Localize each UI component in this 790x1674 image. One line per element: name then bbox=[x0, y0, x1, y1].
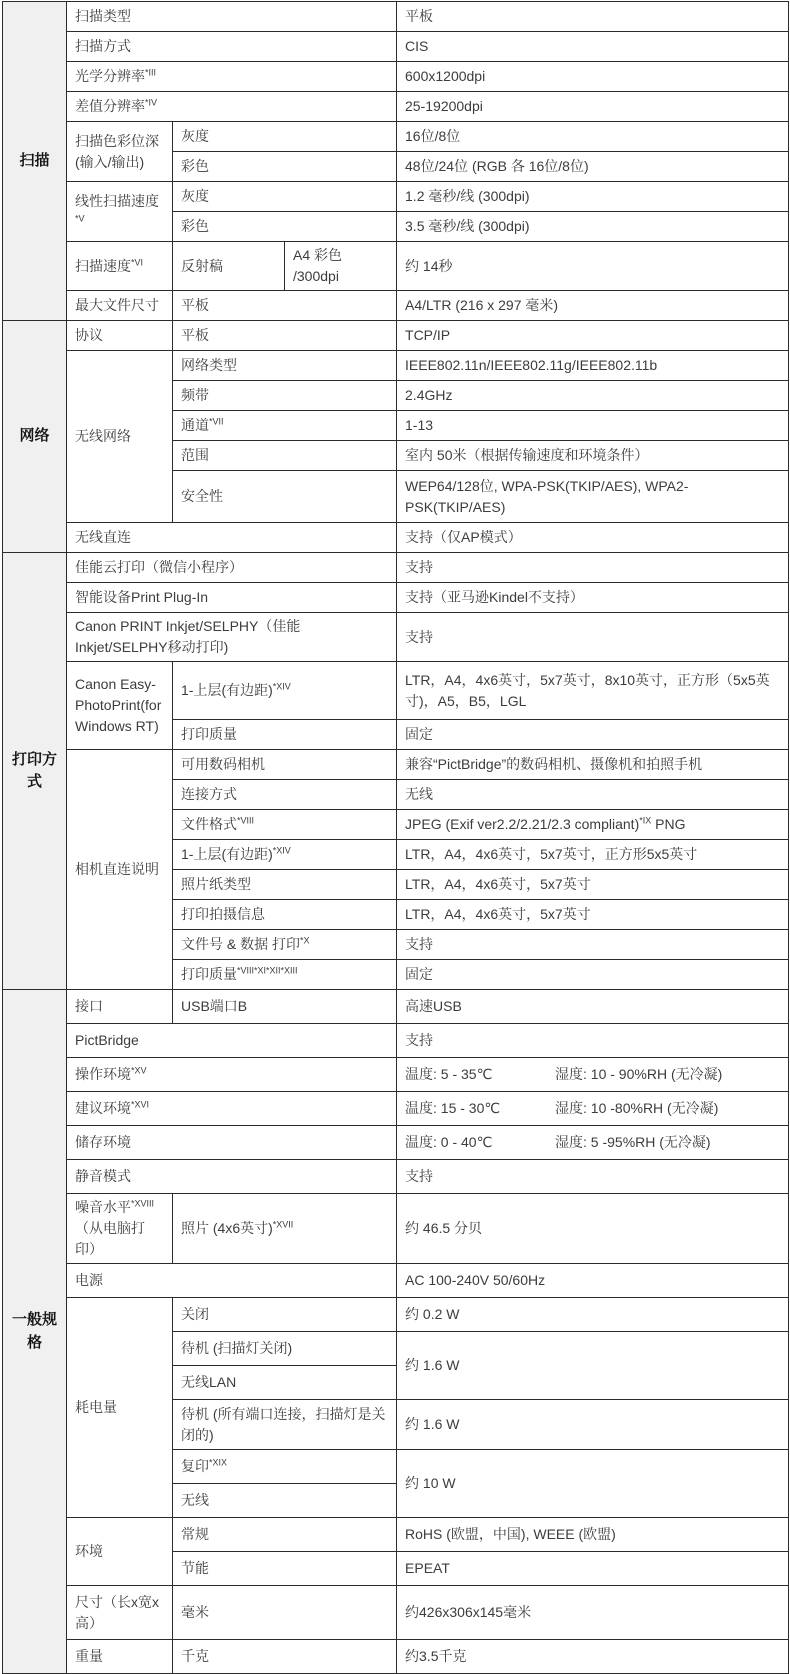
spec-text: 尺寸（长x宽x高） bbox=[75, 1594, 159, 1631]
spec-text: 无线 bbox=[405, 786, 433, 802]
spec-text: 高速USB bbox=[405, 998, 462, 1014]
spec-sublabel: 关闭 bbox=[173, 1298, 397, 1332]
spec-sublabel: 照片纸类型 bbox=[173, 870, 397, 900]
spec-value: 支持 bbox=[397, 613, 789, 662]
spec-text: LTR，A4，4x6英寸，5x7英寸，8x10英寸，正方形（5x5英寸)，A5，… bbox=[405, 672, 770, 709]
spec-value: TCP/IP bbox=[397, 321, 789, 351]
spec-text: 温度: 5 - 35℃ bbox=[405, 1064, 555, 1085]
spec-text: 温度: 0 - 40℃ bbox=[405, 1132, 555, 1153]
spec-text: 彩色 bbox=[181, 158, 209, 174]
spec-text: 1-上层(有边距) bbox=[181, 682, 273, 698]
spec-text: LTR，A4，4x6英寸，5x7英寸 bbox=[405, 876, 591, 892]
spec-text: 温度: 15 - 30℃ bbox=[405, 1098, 555, 1119]
spec-sublabel: 平板 bbox=[173, 291, 397, 321]
spec-text: 打印质量 bbox=[181, 726, 237, 742]
spec-value: 平板 bbox=[397, 2, 789, 32]
footnote-marker: *XVII bbox=[273, 1219, 294, 1229]
spec-label: 扫描方式 bbox=[67, 32, 397, 62]
spec-text: 约 14秒 bbox=[405, 258, 452, 274]
spec-sublabel: 灰度 bbox=[173, 182, 397, 212]
spec-text: 约 1.6 W bbox=[405, 1416, 459, 1432]
spec-text: 2.4GHz bbox=[405, 387, 452, 403]
spec-text: 操作环境 bbox=[75, 1066, 131, 1082]
spec-value: WEP64/128位, WPA-PSK(TKIP/AES), WPA2-PSK(… bbox=[397, 471, 789, 523]
spec-value: EPEAT bbox=[397, 1552, 789, 1586]
footnote-marker: *VI bbox=[131, 257, 143, 267]
table-row: 储存环境 温度: 0 - 40℃湿度: 5 -95%RH (无冷凝) bbox=[3, 1126, 789, 1160]
spec-value: LTR，A4，4x6英寸，5x7英寸 bbox=[397, 900, 789, 930]
spec-text: 线性扫描速度 bbox=[75, 193, 159, 209]
spec-text: IEEE802.11n/IEEE802.11g/IEEE802.11b bbox=[405, 357, 657, 373]
table-row: 操作环境*XV 温度: 5 - 35℃湿度: 10 - 90%RH (无冷凝) bbox=[3, 1058, 789, 1092]
spec-sublabel: 范围 bbox=[173, 441, 397, 471]
table-row: 耗电量 关闭 约 0.2 W bbox=[3, 1298, 789, 1332]
spec-text: RoHS (欧盟，中国), WEEE (欧盟) bbox=[405, 1526, 616, 1542]
spec-label: Canon Easy-PhotoPrint(for Windows RT) bbox=[67, 662, 173, 750]
spec-text: 耗电量 bbox=[75, 1399, 117, 1415]
spec-value: IEEE802.11n/IEEE802.11g/IEEE802.11b bbox=[397, 351, 789, 381]
spec-text: A4 彩色 bbox=[293, 247, 342, 263]
spec-text: 打印拍摄信息 bbox=[181, 906, 265, 922]
spec-label: 扫描速度*VI bbox=[67, 242, 173, 291]
spec-text: 无线LAN bbox=[181, 1374, 236, 1390]
spec-text: 无线直连 bbox=[75, 529, 131, 545]
spec-text: 支持 bbox=[405, 1032, 433, 1048]
spec-sublabel: 无线 bbox=[173, 1484, 397, 1518]
spec-text: 文件格式 bbox=[181, 816, 237, 832]
spec-text: 照片 (4x6英寸) bbox=[181, 1220, 273, 1236]
spec-text: 文件号 & 数据 打印 bbox=[181, 936, 300, 952]
spec-text: 灰度 bbox=[181, 188, 209, 204]
spec-text: 湿度: 10 -80%RH (无冷凝) bbox=[555, 1100, 718, 1116]
spec-value: 温度: 15 - 30℃湿度: 10 -80%RH (无冷凝) bbox=[397, 1092, 789, 1126]
spec-text: A4/LTR (216 x 297 毫米) bbox=[405, 297, 558, 313]
spec-text: 毫米 bbox=[181, 1604, 209, 1620]
spec-text: 约 46.5 分贝 bbox=[405, 1220, 482, 1236]
spec-text: 室内 50米（根据传输速度和环境条件） bbox=[405, 447, 648, 463]
spec-sublabel: 节能 bbox=[173, 1552, 397, 1586]
spec-sublabel: 1-上层(有边距)*XIV bbox=[173, 840, 397, 870]
spec-value: 25-19200dpi bbox=[397, 92, 789, 122]
spec-value: 兼容“PictBridge”的数码相机、摄像机和拍照手机 bbox=[397, 750, 789, 780]
spec-text: 扫描速度 bbox=[75, 258, 131, 274]
spec-text: LTR，A4，4x6英寸，5x7英寸 bbox=[405, 906, 591, 922]
spec-sublabel: 安全性 bbox=[173, 471, 397, 523]
spec-sublabel: 文件格式*VIII bbox=[173, 810, 397, 840]
spec-text: AC 100-240V 50/60Hz bbox=[405, 1272, 545, 1288]
spec-value: 1.2 毫秒/线 (300dpi) bbox=[397, 182, 789, 212]
spec-value: 约 1.6 W bbox=[397, 1332, 789, 1400]
spec-value: 固定 bbox=[397, 720, 789, 750]
spec-label: 操作环境*XV bbox=[67, 1058, 397, 1092]
spec-text: 照片纸类型 bbox=[181, 876, 251, 892]
spec-label: 佳能云打印（微信小程序） bbox=[67, 553, 397, 583]
spec-value: LTR，A4，4x6英寸，5x7英寸 bbox=[397, 870, 789, 900]
spec-sublabel: 无线LAN bbox=[173, 1366, 397, 1400]
footnote-marker: *V bbox=[75, 213, 85, 223]
footnote-marker: *XVIII bbox=[131, 1198, 154, 1208]
spec-sublabel: 可用数码相机 bbox=[173, 750, 397, 780]
spec-text: 无线 bbox=[181, 1492, 209, 1508]
spec-value: 约 10 W bbox=[397, 1450, 789, 1518]
spec-text: 平板 bbox=[181, 297, 209, 313]
spec-text: 1-上层(有边距) bbox=[181, 846, 273, 862]
table-row: 扫描色彩位深(输入/输出) 灰度 16位/8位 bbox=[3, 122, 789, 152]
spec-text: Canon Easy-PhotoPrint(for Windows RT) bbox=[75, 676, 161, 734]
spec-text: 噪音水平 bbox=[75, 1199, 131, 1215]
spec-text: 支持 bbox=[405, 936, 433, 952]
spec-text: 连接方式 bbox=[181, 786, 237, 802]
spec-text: 无线网络 bbox=[75, 428, 131, 444]
spec-sublabel: 彩色 bbox=[173, 212, 397, 242]
spec-text: 兼容“PictBridge”的数码相机、摄像机和拍照手机 bbox=[405, 756, 702, 772]
spec-text: EPEAT bbox=[405, 1560, 450, 1576]
spec-text: 佳能云打印（微信小程序） bbox=[75, 559, 243, 575]
spec-label: 储存环境 bbox=[67, 1126, 397, 1160]
spec-text: 支持 bbox=[405, 1168, 433, 1184]
spec-text: 16位/8位 bbox=[405, 128, 460, 144]
spec-sublabel: 通道*VII bbox=[173, 411, 397, 441]
spec-value: 约 14秒 bbox=[397, 242, 789, 291]
table-row: 光学分辨率*III 600x1200dpi bbox=[3, 62, 789, 92]
spec-text: 静音模式 bbox=[75, 1168, 131, 1184]
spec-text: 约 10 W bbox=[405, 1475, 456, 1491]
spec-sublabel: 照片 (4x6英寸)*XVII bbox=[173, 1194, 397, 1264]
spec-text: 1-13 bbox=[405, 417, 433, 433]
spec-label: 扫描类型 bbox=[67, 2, 397, 32]
spec-value: LTR，A4，4x6英寸，5x7英寸，正方形5x5英寸 bbox=[397, 840, 789, 870]
table-row: Canon Easy-PhotoPrint(for Windows RT) 1-… bbox=[3, 662, 789, 720]
spec-value: 约3.5千克 bbox=[397, 1640, 789, 1674]
spec-text: 智能设备Print Plug-In bbox=[75, 589, 208, 605]
spec-text: 可用数码相机 bbox=[181, 756, 265, 772]
section-header-general-specs: 一般规格 bbox=[3, 990, 67, 1674]
spec-value: AC 100-240V 50/60Hz bbox=[397, 1264, 789, 1298]
footnote-marker: *XV bbox=[131, 1065, 147, 1075]
table-row: 最大文件尺寸 平板 A4/LTR (216 x 297 毫米) bbox=[3, 291, 789, 321]
spec-sublabel: 常规 bbox=[173, 1518, 397, 1552]
spec-text: 频带 bbox=[181, 387, 209, 403]
table-row: 扫描速度*VI 反射稿 A4 彩色/300dpi 约 14秒 bbox=[3, 242, 789, 291]
footnote-marker: *VIII bbox=[237, 815, 254, 825]
footnote-marker: *X bbox=[300, 935, 310, 945]
spec-label: 环境 bbox=[67, 1518, 173, 1586]
spec-text: 光学分辨率 bbox=[75, 68, 145, 84]
spec-value: LTR，A4，4x6英寸，5x7英寸，8x10英寸，正方形（5x5英寸)，A5，… bbox=[397, 662, 789, 720]
spec-text: 湿度: 5 -95%RH (无冷凝) bbox=[555, 1134, 711, 1150]
spec-text: （从电脑打印） bbox=[75, 1218, 164, 1260]
spec-text: 25-19200dpi bbox=[405, 98, 483, 114]
spec-sublabel: 频带 bbox=[173, 381, 397, 411]
spec-value: 16位/8位 bbox=[397, 122, 789, 152]
spec-label: 噪音水平*XVIII（从电脑打印） bbox=[67, 1194, 173, 1264]
spec-text: 扫描色彩位深 bbox=[75, 133, 159, 149]
table-row: 一般规格 接口 USB端口B 高速USB bbox=[3, 990, 789, 1024]
spec-sublabel: 1-上层(有边距)*XIV bbox=[173, 662, 397, 720]
spec-label: 光学分辨率*III bbox=[67, 62, 397, 92]
spec-text: 安全性 bbox=[181, 488, 223, 504]
spec-label: 扫描色彩位深(输入/输出) bbox=[67, 122, 173, 182]
spec-value: 约426x306x145毫米 bbox=[397, 1586, 789, 1640]
spec-text: 环境 bbox=[75, 1543, 103, 1559]
spec-table: 扫描 扫描类型 平板 扫描方式 CIS 光学分辨率*III 600x1200dp… bbox=[2, 1, 789, 1674]
spec-value: 支持（仅AP模式） bbox=[397, 523, 789, 553]
spec-text: 支持（亚马逊Kindel不支持） bbox=[405, 589, 584, 605]
section-header-network: 网络 bbox=[3, 321, 67, 553]
spec-sublabel: 反射稿 bbox=[173, 242, 285, 291]
spec-text: TCP/IP bbox=[405, 327, 450, 343]
spec-label: 无线网络 bbox=[67, 351, 173, 523]
spec-label: Canon PRINT Inkjet/SELPHY（佳能Inkjet/SELPH… bbox=[67, 613, 397, 662]
spec-value: 支持 bbox=[397, 1160, 789, 1194]
footnote-marker: *IV bbox=[145, 97, 157, 107]
spec-text: 扫描类型 bbox=[75, 8, 131, 24]
spec-value: 3.5 毫秒/线 (300dpi) bbox=[397, 212, 789, 242]
spec-text: 600x1200dpi bbox=[405, 68, 485, 84]
spec-text: 待机 (所有端口连接，扫描灯是关闭的) bbox=[181, 1406, 386, 1443]
spec-value: 约 0.2 W bbox=[397, 1298, 789, 1332]
spec-sublabel: 平板 bbox=[173, 321, 397, 351]
spec-label: 建议环境*XVI bbox=[67, 1092, 397, 1126]
spec-value: RoHS (欧盟，中国), WEEE (欧盟) bbox=[397, 1518, 789, 1552]
spec-sublabel: 文件号 & 数据 打印*X bbox=[173, 930, 397, 960]
spec-sublabel: 打印质量 bbox=[173, 720, 397, 750]
spec-text: 待机 (扫描灯关闭) bbox=[181, 1340, 292, 1356]
spec-value: 温度: 0 - 40℃湿度: 5 -95%RH (无冷凝) bbox=[397, 1126, 789, 1160]
spec-value: 无线 bbox=[397, 780, 789, 810]
table-row: 线性扫描速度*V 灰度 1.2 毫秒/线 (300dpi) bbox=[3, 182, 789, 212]
spec-text: 约426x306x145毫米 bbox=[405, 1604, 531, 1620]
table-row: 建议环境*XVI 温度: 15 - 30℃湿度: 10 -80%RH (无冷凝) bbox=[3, 1092, 789, 1126]
spec-text: 通道 bbox=[181, 417, 209, 433]
spec-label: 重量 bbox=[67, 1640, 173, 1674]
table-row: 电源 AC 100-240V 50/60Hz bbox=[3, 1264, 789, 1298]
spec-value: 室内 50米（根据传输速度和环境条件） bbox=[397, 441, 789, 471]
spec-text: 支持（仅AP模式） bbox=[405, 529, 522, 545]
spec-text: 固定 bbox=[405, 726, 433, 742]
footnote-marker: *XVI bbox=[131, 1099, 149, 1109]
spec-text: 1.2 毫秒/线 (300dpi) bbox=[405, 188, 530, 204]
spec-text: WEP64/128位, WPA-PSK(TKIP/AES), WPA2-PSK(… bbox=[405, 478, 688, 515]
spec-text: 约3.5千克 bbox=[405, 1648, 466, 1664]
footnote-marker: *VIII*XI*XII*XIII bbox=[237, 965, 298, 975]
spec-label: 最大文件尺寸 bbox=[67, 291, 173, 321]
footnote-marker: *IX bbox=[639, 815, 651, 825]
table-row: 相机直连说明 可用数码相机 兼容“PictBridge”的数码相机、摄像机和拍照… bbox=[3, 750, 789, 780]
table-row: 尺寸（长x宽x高） 毫米 约426x306x145毫米 bbox=[3, 1586, 789, 1640]
spec-text: 重量 bbox=[75, 1648, 103, 1664]
spec-text: (输入/输出) bbox=[75, 152, 164, 173]
spec-text: 支持 bbox=[405, 629, 433, 645]
spec-sublabel: 连接方式 bbox=[173, 780, 397, 810]
spec-label: 协议 bbox=[67, 321, 173, 351]
spec-sublabel: 复印*XIX bbox=[173, 1450, 397, 1484]
spec-text: 灰度 bbox=[181, 128, 209, 144]
spec-label: 线性扫描速度*V bbox=[67, 182, 173, 242]
spec-text: 48位/24位 (RGB 各 16位/8位) bbox=[405, 158, 589, 174]
spec-sublabel: 彩色 bbox=[173, 152, 397, 182]
spec-text: 彩色 bbox=[181, 218, 209, 234]
table-row: Canon PRINT Inkjet/SELPHY（佳能Inkjet/SELPH… bbox=[3, 613, 789, 662]
spec-sublabel: 网络类型 bbox=[173, 351, 397, 381]
spec-text: CIS bbox=[405, 38, 428, 54]
spec-sublabel: 灰度 bbox=[173, 122, 397, 152]
spec-text: 范围 bbox=[181, 447, 209, 463]
section-header-scan: 扫描 bbox=[3, 2, 67, 321]
spec-value: 支持 bbox=[397, 553, 789, 583]
spec-text: 复印 bbox=[181, 1458, 209, 1474]
table-row: PictBridge 支持 bbox=[3, 1024, 789, 1058]
table-row: 智能设备Print Plug-In 支持（亚马逊Kindel不支持） bbox=[3, 583, 789, 613]
spec-value: 48位/24位 (RGB 各 16位/8位) bbox=[397, 152, 789, 182]
spec-sublabel: 毫米 bbox=[173, 1586, 397, 1640]
spec-text: 储存环境 bbox=[75, 1134, 131, 1150]
spec-text: 固定 bbox=[405, 966, 433, 982]
table-row: 环境 常规 RoHS (欧盟，中国), WEEE (欧盟) bbox=[3, 1518, 789, 1552]
spec-text: 电源 bbox=[75, 1272, 103, 1288]
spec-text: 接口 bbox=[75, 998, 103, 1014]
spec-text: USB端口B bbox=[181, 998, 247, 1014]
spec-label: 无线直连 bbox=[67, 523, 397, 553]
spec-text: 扫描方式 bbox=[75, 38, 131, 54]
spec-text: 3.5 毫秒/线 (300dpi) bbox=[405, 218, 530, 234]
spec-text: 千克 bbox=[181, 1648, 209, 1664]
spec-value: 2.4GHz bbox=[397, 381, 789, 411]
spec-value: 支持（亚马逊Kindel不支持） bbox=[397, 583, 789, 613]
spec-text: PNG bbox=[651, 816, 685, 832]
spec-text: Canon PRINT Inkjet/SELPHY（佳能Inkjet/SELPH… bbox=[75, 618, 300, 655]
spec-text: 差值分辨率 bbox=[75, 98, 145, 114]
spec-text: 建议环境 bbox=[75, 1100, 131, 1116]
spec-value: A4/LTR (216 x 297 毫米) bbox=[397, 291, 789, 321]
table-row: 扫描 扫描类型 平板 bbox=[3, 2, 789, 32]
spec-label: PictBridge bbox=[67, 1024, 397, 1058]
spec-value: 支持 bbox=[397, 930, 789, 960]
table-row: 打印方式 佳能云打印（微信小程序） 支持 bbox=[3, 553, 789, 583]
footnote-marker: *XIX bbox=[209, 1457, 227, 1467]
table-row: 无线直连 支持（仅AP模式） bbox=[3, 523, 789, 553]
spec-value: CIS bbox=[397, 32, 789, 62]
spec-label: 差值分辨率*IV bbox=[67, 92, 397, 122]
spec-text: 约 1.6 W bbox=[405, 1357, 459, 1373]
spec-sublabel: USB端口B bbox=[173, 990, 397, 1024]
spec-text: 支持 bbox=[405, 559, 433, 575]
spec-text: 常规 bbox=[181, 1526, 209, 1542]
spec-value: 温度: 5 - 35℃湿度: 10 - 90%RH (无冷凝) bbox=[397, 1058, 789, 1092]
spec-text: PictBridge bbox=[75, 1032, 139, 1048]
footnote-marker: *XIV bbox=[273, 681, 291, 691]
spec-text: LTR，A4，4x6英寸，5x7英寸，正方形5x5英寸 bbox=[405, 846, 697, 862]
spec-label: 智能设备Print Plug-In bbox=[67, 583, 397, 613]
spec-value: 高速USB bbox=[397, 990, 789, 1024]
table-row: 无线网络 网络类型 IEEE802.11n/IEEE802.11g/IEEE80… bbox=[3, 351, 789, 381]
spec-sublabel: 千克 bbox=[173, 1640, 397, 1674]
table-row: 静音模式 支持 bbox=[3, 1160, 789, 1194]
spec-label: 静音模式 bbox=[67, 1160, 397, 1194]
spec-text: /300dpi bbox=[293, 266, 388, 287]
table-row: 重量 千克 约3.5千克 bbox=[3, 1640, 789, 1674]
spec-sublabel: A4 彩色/300dpi bbox=[285, 242, 397, 291]
spec-sublabel: 待机 (所有端口连接，扫描灯是关闭的) bbox=[173, 1400, 397, 1450]
spec-value: 约 46.5 分贝 bbox=[397, 1194, 789, 1264]
spec-value: 1-13 bbox=[397, 411, 789, 441]
spec-text: 打印质量 bbox=[181, 966, 237, 982]
spec-text: 协议 bbox=[75, 327, 103, 343]
table-row: 网络 协议 平板 TCP/IP bbox=[3, 321, 789, 351]
spec-text: 网络类型 bbox=[181, 357, 237, 373]
spec-value: 600x1200dpi bbox=[397, 62, 789, 92]
spec-label: 尺寸（长x宽x高） bbox=[67, 1586, 173, 1640]
spec-text: 约 0.2 W bbox=[405, 1306, 459, 1322]
footnote-marker: *III bbox=[145, 67, 156, 77]
section-header-print-method: 打印方式 bbox=[3, 553, 67, 990]
spec-value: 支持 bbox=[397, 1024, 789, 1058]
spec-text: 平板 bbox=[181, 327, 209, 343]
spec-text: 相机直连说明 bbox=[75, 861, 159, 877]
spec-label: 耗电量 bbox=[67, 1298, 173, 1518]
spec-sublabel: 待机 (扫描灯关闭) bbox=[173, 1332, 397, 1366]
spec-text: JPEG (Exif ver2.2/2.21/2.3 compliant) bbox=[405, 816, 639, 832]
footnote-marker: *VII bbox=[209, 416, 224, 426]
table-row: 噪音水平*XVIII（从电脑打印） 照片 (4x6英寸)*XVII 约 46.5… bbox=[3, 1194, 789, 1264]
spec-label: 电源 bbox=[67, 1264, 397, 1298]
footnote-marker: *XIV bbox=[273, 845, 291, 855]
table-row: 扫描方式 CIS bbox=[3, 32, 789, 62]
spec-value: 固定 bbox=[397, 960, 789, 990]
spec-value: 约 1.6 W bbox=[397, 1400, 789, 1450]
spec-value: JPEG (Exif ver2.2/2.21/2.3 compliant)*IX… bbox=[397, 810, 789, 840]
spec-text: 关闭 bbox=[181, 1306, 209, 1322]
spec-sublabel: 打印拍摄信息 bbox=[173, 900, 397, 930]
table-row: 差值分辨率*IV 25-19200dpi bbox=[3, 92, 789, 122]
spec-text: 最大文件尺寸 bbox=[75, 297, 159, 313]
spec-text: 湿度: 10 - 90%RH (无冷凝) bbox=[555, 1066, 722, 1082]
spec-text: 平板 bbox=[405, 8, 433, 24]
spec-label: 接口 bbox=[67, 990, 173, 1024]
spec-text: 反射稿 bbox=[181, 258, 223, 274]
spec-label: 相机直连说明 bbox=[67, 750, 173, 990]
spec-text: 节能 bbox=[181, 1560, 209, 1576]
spec-sublabel: 打印质量*VIII*XI*XII*XIII bbox=[173, 960, 397, 990]
